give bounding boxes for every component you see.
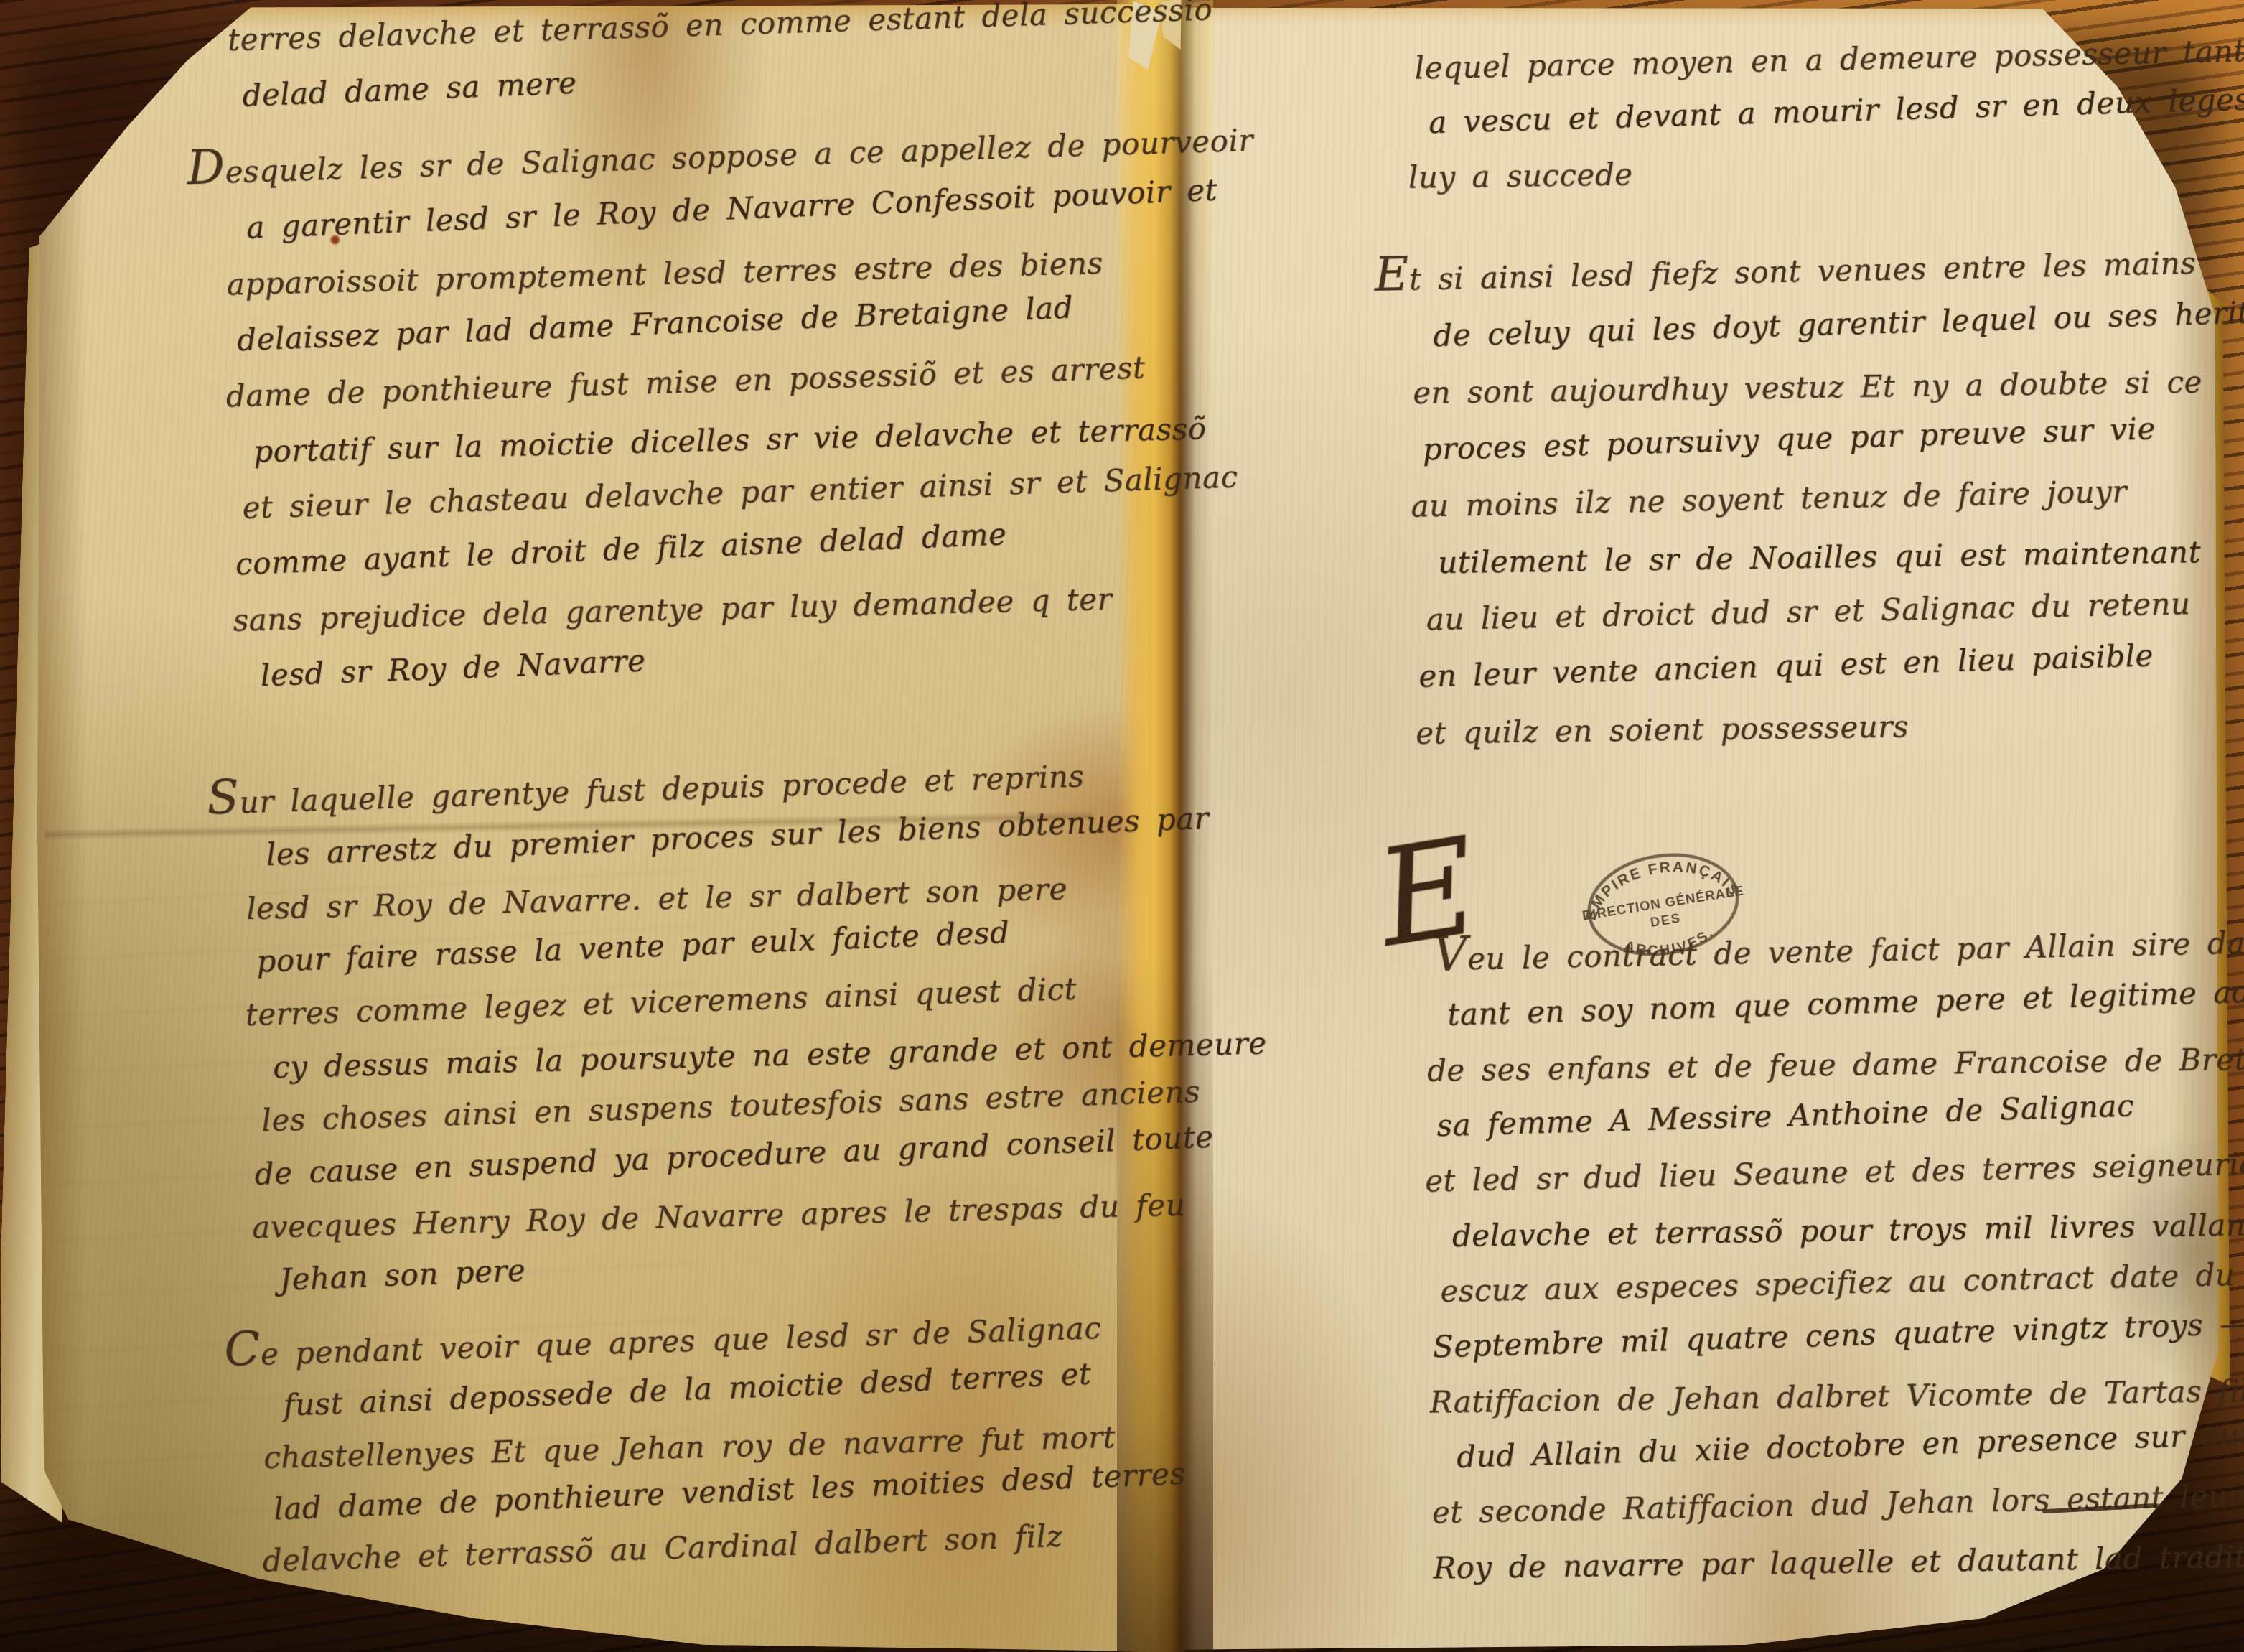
right-page-text: lequel parce moyen en a demeure possesse… (1401, 24, 2244, 1595)
manuscript-line: Roy de navarre par laquelle et dautant l… (1433, 1529, 2244, 1596)
manuscript-photo: terres delavche et terrassõ en comme est… (0, 0, 2244, 1652)
paragraph: lequel parce moyen en a demeure possesse… (1401, 24, 2244, 205)
left-page-text: terres delavche et terrassõ en comme est… (214, 0, 1167, 1587)
stamp-text-bottom: ARCHIVES. (1619, 923, 1719, 966)
paragraph: terres delavche et terrassõ en comme est… (214, 0, 1121, 125)
manuscript-line: luy a succede (1408, 139, 2244, 205)
archives-oval-stamp: EMPIRE FRANÇAIS DIRECTION GÉNÉRALE DES A… (1564, 826, 1762, 984)
paragraph: Sur laquelle garentye fust depuis proced… (238, 748, 1159, 1307)
svg-text:ARCHIVES.: ARCHIVES. (1619, 923, 1719, 966)
paragraph: Et si ainsi lesd fiefz sont venues entre… (1406, 233, 2244, 762)
paragraph: Veu le contract de vente faict par Allai… (1420, 915, 2244, 1596)
paragraph: Desquelz les sr de Salignac soppose a ce… (218, 116, 1140, 704)
stamp-text-des: DES (1650, 910, 1683, 929)
paragraph: Ce pendant veoir que apres que lesd sr d… (256, 1301, 1168, 1587)
